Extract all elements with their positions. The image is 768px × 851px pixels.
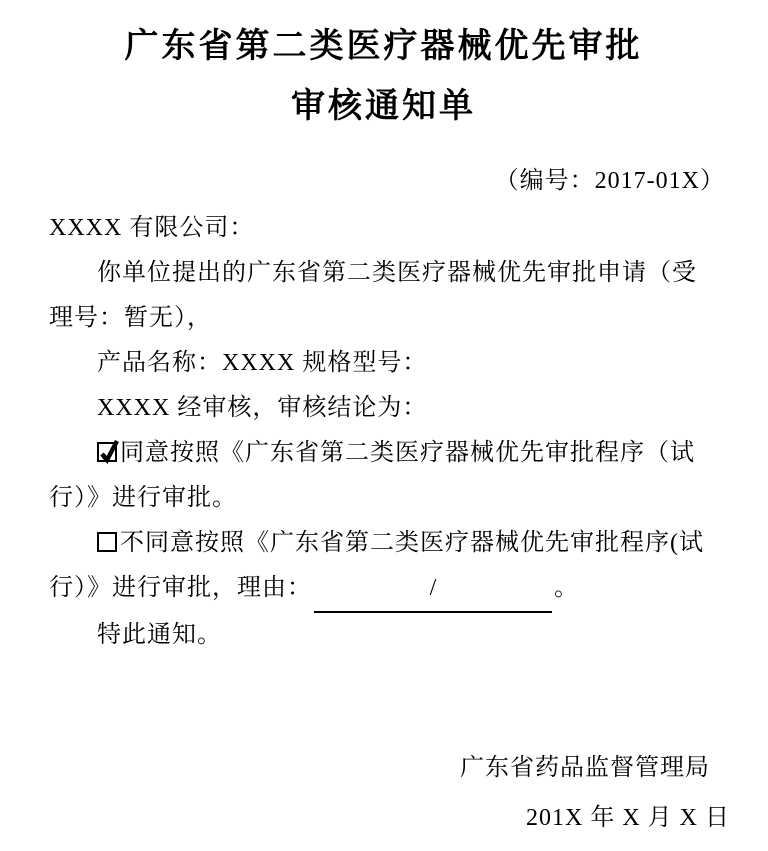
disagree-option-line1: 不同意按照《广东省第二类医疗器械优先审批程序(试 [49,521,718,566]
closing-line: 特此通知。 [49,613,718,658]
signature-date: 201X 年 X 月 X 日 [49,793,730,843]
agree-option-line1: 同意按照《广东省第二类医疗器械优先审批程序（试 [49,431,718,476]
disagree-option-text2: 行）》进行审批，理由： [49,575,312,601]
paragraph1-line1: 你单位提出的广东省第二类医疗器械优先审批申请（受 [49,251,718,296]
paragraph1-line2: 理号：暂无）， [49,296,718,341]
document-title-line2: 审核通知单 [49,84,718,128]
document-title-line1: 广东省第二类医疗器械优先审批 [49,24,718,68]
review-conclusion-line: XXXX 经审核，审核结论为： [49,386,718,431]
disagree-option-text1: 不同意按照《广东省第二类医疗器械优先审批程序(试 [120,530,704,556]
signature-organization: 广东省药品监督管理局 [49,743,710,793]
agree-option-line2: 行）》进行审批。 [49,476,718,521]
document-body: XXXX 有限公司： 你单位提出的广东省第二类医疗器械优先审批申请（受 理号：暂… [49,206,718,658]
document-number: （编号：2017-01X） [49,166,725,196]
unchecked-checkbox-icon[interactable] [97,532,117,552]
reason-blank-field[interactable]: / [314,566,552,613]
signature-block: 广东省药品监督管理局 201X 年 X 月 X 日 [49,743,718,843]
addressee-line: XXXX 有限公司： [49,206,718,251]
disagree-option-period: 。 [554,575,579,601]
notice-document-page: 广东省第二类医疗器械优先审批 审核通知单 （编号：2017-01X） XXXX … [0,0,768,851]
agree-option-text1: 同意按照《广东省第二类医疗器械优先审批程序（试 [120,440,695,466]
product-name-line: 产品名称：XXXX 规格型号： [49,341,718,386]
disagree-option-line2: 行）》进行审批，理由：/。 [49,566,718,613]
checked-checkbox-icon[interactable] [97,442,117,462]
